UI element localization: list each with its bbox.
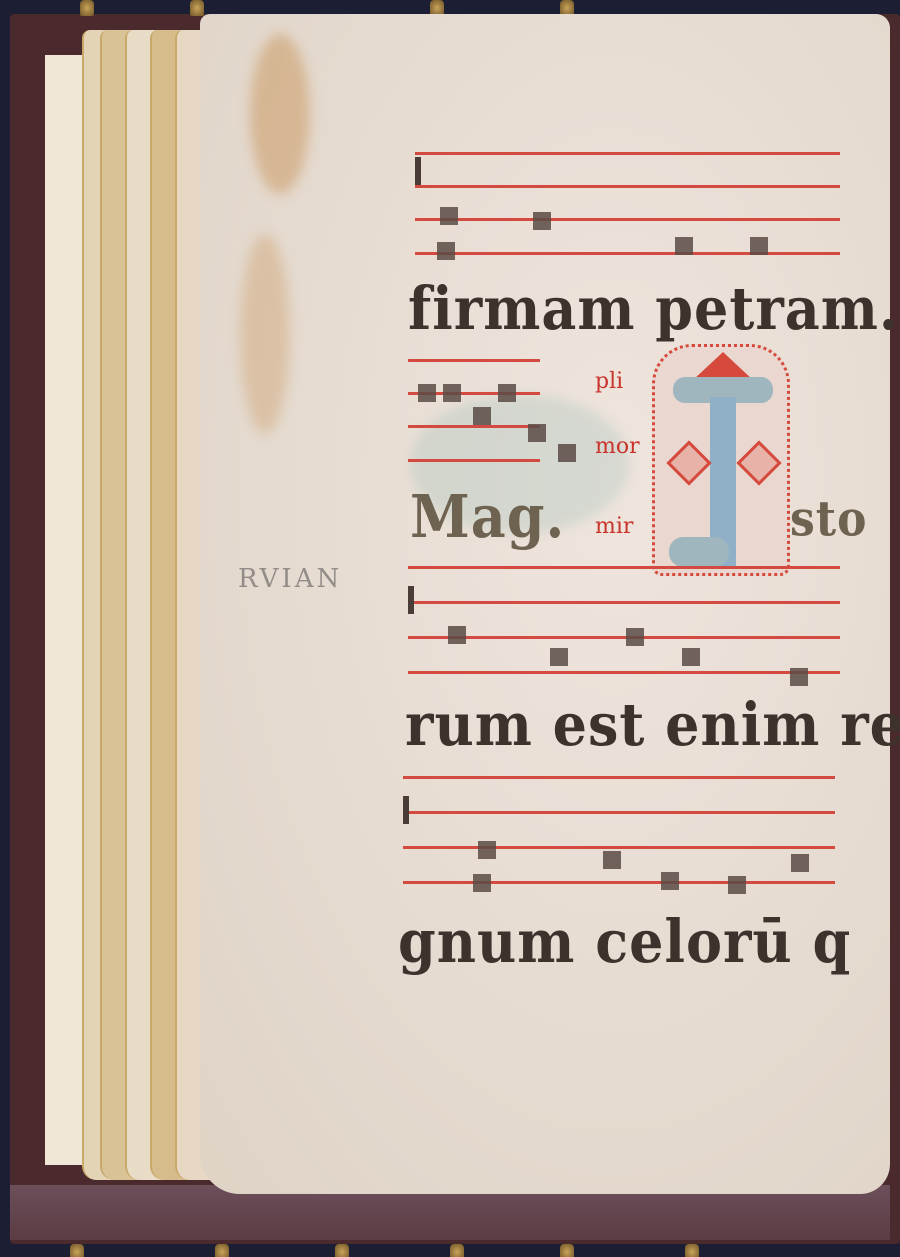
neume [682,648,700,666]
cradle-peg [335,1244,349,1257]
diamond-ornament [666,440,711,485]
neume [661,872,679,890]
lyric-line: gnum celorū q [398,906,851,976]
neume [791,854,809,872]
neume [533,212,551,230]
cradle-peg [215,1244,229,1257]
lyric-line: rum est enim re [405,689,900,759]
cradle-peg [80,0,94,16]
lyric-line: sto [790,491,867,547]
water-stain [240,234,290,434]
cradle-peg [560,1244,574,1257]
offset-text: RVIAN [238,564,342,594]
neume [473,407,491,425]
neume [418,384,436,402]
music-staff [415,152,840,262]
music-staff [403,776,835,886]
manuscript-page: RVIAN firmam petram. pli mor mir Mag. st… [200,14,890,1194]
cradle-peg [70,1244,84,1257]
water-stain [250,34,310,194]
neume [448,626,466,644]
neume [473,874,491,892]
cradle-peg [450,1244,464,1257]
neume [498,384,516,402]
lyric-line: firmam petram. [408,273,899,343]
neume [750,237,768,255]
neume [728,876,746,894]
pediment-ornament [693,352,753,380]
neume [790,668,808,686]
neume [675,237,693,255]
clef [415,157,421,185]
cradle-peg [685,1244,699,1257]
neume [437,242,455,260]
neume [558,444,576,462]
cradle-peg [190,0,204,16]
neume [443,384,461,402]
rubric: mir [595,514,633,539]
neume [440,207,458,225]
decorated-initial [652,344,790,576]
rubric: pli [595,369,623,394]
neume [626,628,644,646]
neume [603,851,621,869]
neume [478,841,496,859]
clef [408,586,414,614]
clef [403,796,409,824]
rubric: mor [595,434,640,459]
initial-foot [669,537,729,567]
diamond-ornament [736,440,781,485]
neume [550,648,568,666]
music-staff [408,566,840,676]
lyric-line: Mag. [410,481,565,551]
neume [528,424,546,442]
